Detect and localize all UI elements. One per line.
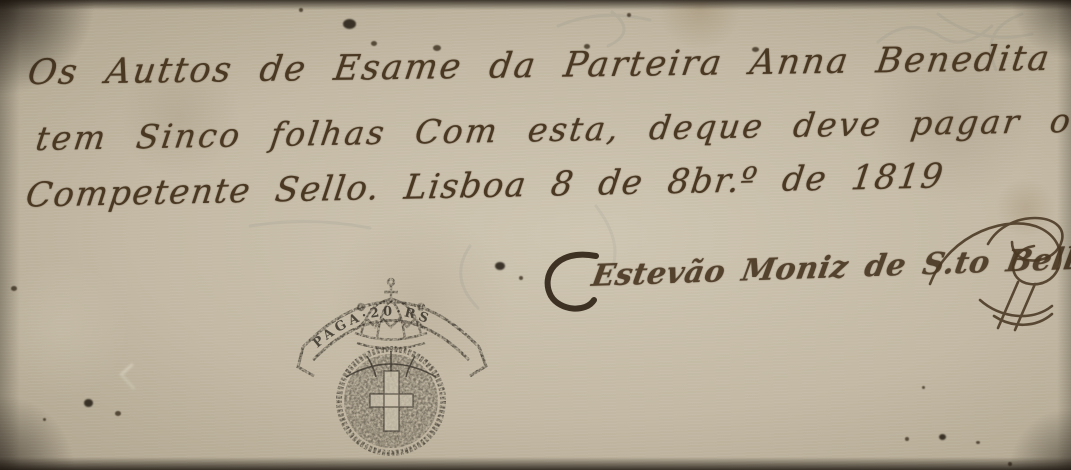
ink-speck bbox=[627, 13, 631, 17]
ink-speck bbox=[1008, 462, 1012, 466]
ink-speck bbox=[371, 41, 377, 46]
ink-speck bbox=[905, 437, 909, 441]
ink-speck bbox=[939, 434, 946, 440]
signature-end-flourish-icon bbox=[922, 212, 1071, 332]
ink-speck bbox=[433, 45, 441, 51]
manuscript-page: Os Auttos de Esame da Parteira Anna Bene… bbox=[0, 0, 1071, 470]
ink-speck bbox=[519, 276, 523, 280]
ink-speck bbox=[584, 44, 590, 49]
signature-start-flourish-icon bbox=[538, 248, 608, 318]
ink-speck bbox=[976, 441, 980, 444]
stamp-seal-circle bbox=[339, 349, 443, 453]
ink-speck bbox=[11, 286, 17, 291]
ink-speck bbox=[115, 411, 121, 416]
ink-speck bbox=[84, 399, 93, 407]
tax-stamp: PAGA·20·RS bbox=[283, 255, 503, 470]
ink-speck bbox=[922, 386, 925, 389]
ink-speck bbox=[752, 47, 759, 52]
ink-speck bbox=[343, 19, 356, 29]
ink-speck bbox=[43, 418, 46, 421]
ink-speck bbox=[299, 8, 303, 12]
ink-speck bbox=[495, 262, 505, 270]
